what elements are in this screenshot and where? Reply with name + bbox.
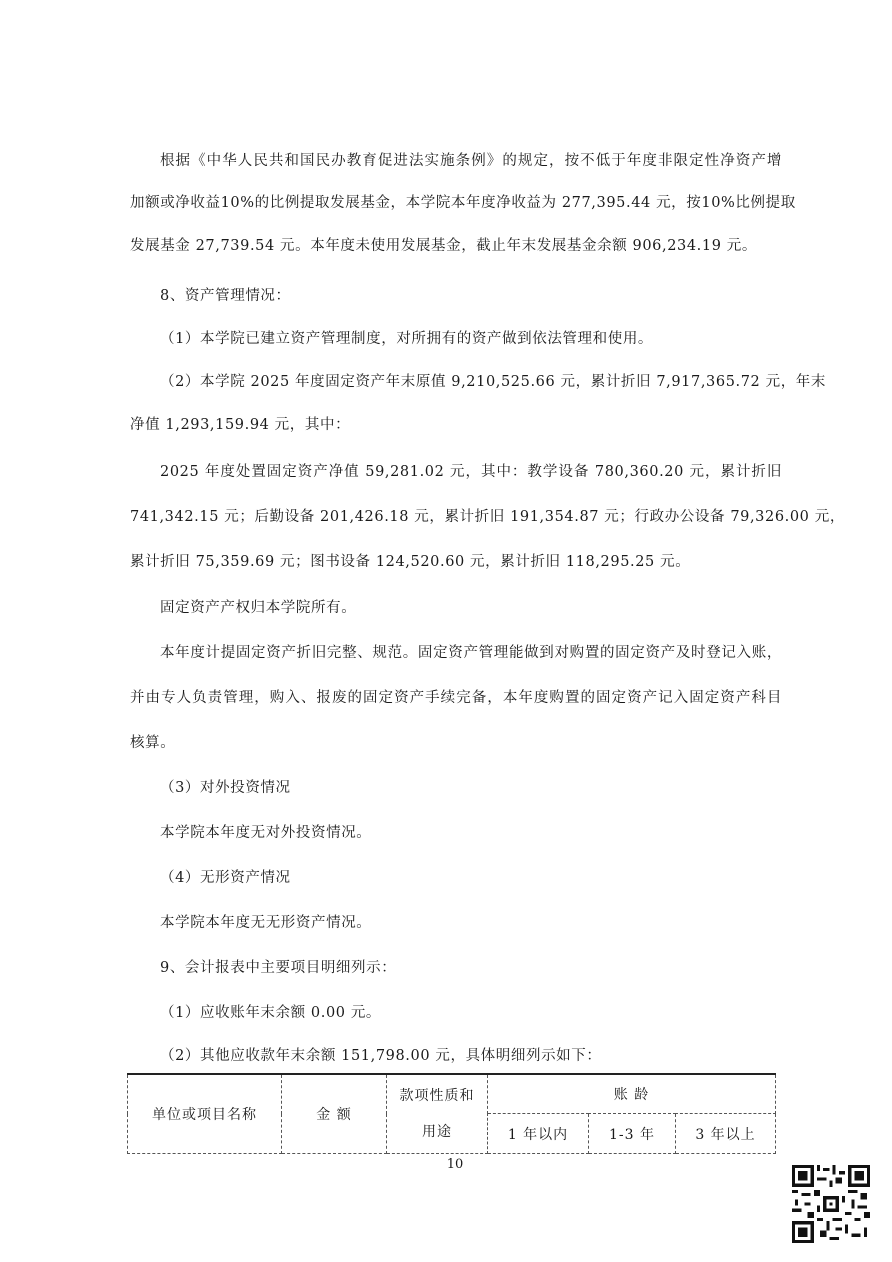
document-page: 根据《中华人民共和国民办教育促进法实施条例》的规定，按不低于年度非限定性净资产增… (0, 0, 892, 1262)
section-heading: （4）无形资产情况 (160, 868, 782, 888)
paragraph-line: （2）其他应收款年末余额 151,798.00 元，具体明细列示如下： (160, 1046, 782, 1066)
paragraph-line: 2025 年度处置固定资产净值 59,281.02 元，其中：教学设备 780,… (160, 462, 782, 482)
paragraph-line: 本学院本年度无对外投资情况。 (160, 823, 782, 843)
page-number: 10 (440, 1157, 470, 1172)
paragraph-line: 根据《中华人民共和国民办教育促进法实施条例》的规定，按不低于年度非限定性净资产增 (160, 151, 782, 171)
header-nature-line2: 用途 (387, 1114, 487, 1150)
paragraph-line: （1）应收账年末余额 0.00 元。 (160, 1003, 782, 1023)
header-cell-name: 单位或项目名称 (128, 1074, 282, 1154)
paragraph-line: 741,342.15 元；后勤设备 201,426.18 元，累计折旧 191,… (130, 507, 782, 527)
section-heading: 9、会计报表中主要项目明细列示： (160, 958, 782, 978)
header-nature-line1: 款项性质和 (387, 1078, 487, 1114)
header-cell-aging-3y-plus: 3 年以上 (676, 1114, 776, 1154)
paragraph-line: 本年度计提固定资产折旧完整、规范。固定资产管理能做到对购置的固定资产及时登记入账… (160, 643, 782, 663)
paragraph-line: 累计折旧 75,359.69 元；图书设备 124,520.60 元，累计折旧 … (130, 552, 782, 572)
paragraph-line: （1）本学院已建立资产管理制度，对所拥有的资产做到依法管理和使用。 (160, 329, 782, 349)
other-receivables-table: 单位或项目名称 金 额 款项性质和 用途 账 龄 1 年以内 1-3 年 3 年… (127, 1073, 776, 1154)
header-cell-aging: 账 龄 (488, 1074, 776, 1114)
paragraph-line: 发展基金 27,739.54 元。本年度未使用发展基金，截止年末发展基金余额 9… (130, 236, 782, 256)
paragraph-line: （2）本学院 2025 年度固定资产年末原值 9,210,525.66 元，累计… (160, 372, 782, 392)
paragraph-line: 并由专人负责管理，购入、报废的固定资产手续完备，本年度购置的固定资产记入固定资产… (130, 688, 782, 708)
paragraph-line: 净值 1,293,159.94 元，其中： (130, 415, 782, 435)
section-heading: （3）对外投资情况 (160, 778, 782, 798)
paragraph-line: 加额或净收益10%的比例提取发展基金，本学院本年度净收益为 277,395.44… (130, 193, 782, 213)
header-cell-nature: 款项性质和 用途 (387, 1074, 488, 1154)
qr-code-icon (792, 1165, 870, 1243)
paragraph-line: 本学院本年度无无形资产情况。 (160, 913, 782, 933)
section-heading: 8、资产管理情况： (160, 286, 782, 306)
paragraph-line: 核算。 (130, 733, 782, 753)
header-cell-aging-1y: 1 年以内 (488, 1114, 589, 1154)
header-cell-aging-1-3y: 1-3 年 (589, 1114, 676, 1154)
paragraph-line: 固定资产产权归本学院所有。 (160, 598, 782, 618)
header-cell-amount: 金 额 (282, 1074, 387, 1154)
